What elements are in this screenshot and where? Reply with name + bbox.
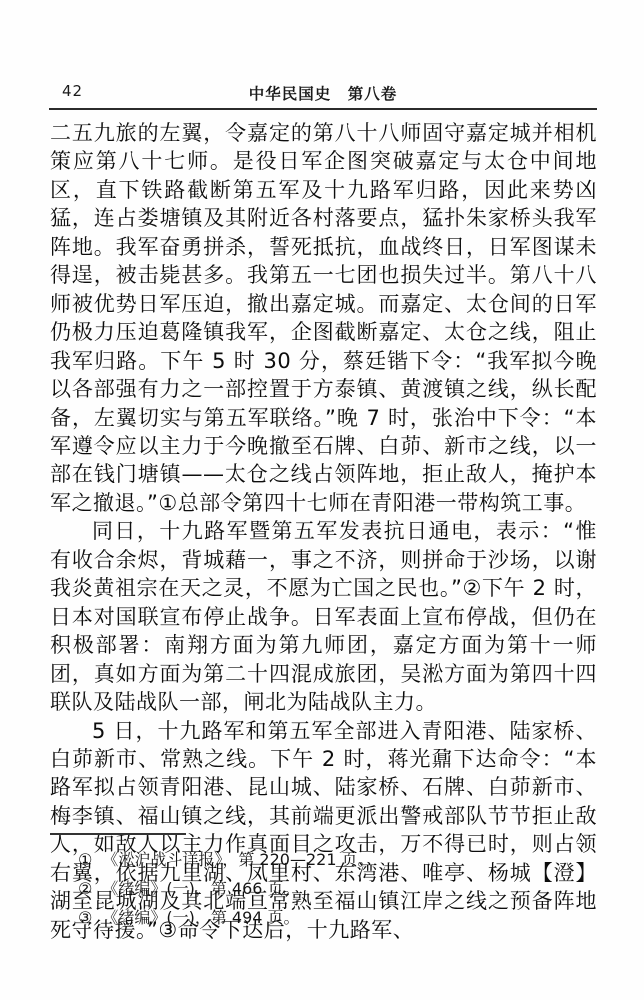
page-header: 42 中华民国史 第八卷 xyxy=(50,82,596,104)
footnote-text: 《绪编》(一)，第 494 页。 xyxy=(102,903,596,932)
footnote-2: ② 《绪编》(一)，第 466 页。 xyxy=(78,874,596,903)
footnote-3: ③ 《绪编》(一)，第 494 页。 xyxy=(78,903,596,932)
paragraph-2: 同日，十九路军暨第五军发表抗日通电，表示：“惟有收合余烬，背城藉一，事之不济，则… xyxy=(50,517,597,716)
book-page: 42 中华民国史 第八卷 二五九旅的左翼，令嘉定的第八十八师固守嘉定城并相机策应… xyxy=(0,0,644,1000)
footnote-1: ① 《淞沪战斗详报》，第 220—221 页。 xyxy=(78,845,596,874)
footnote-text: 《淞沪战斗详报》，第 220—221 页。 xyxy=(102,845,596,874)
footnote-text: 《绪编》(一)，第 466 页。 xyxy=(102,874,596,903)
body-text: 二五九旅的左翼，令嘉定的第八十八师固守嘉定城并相机策应第八十七师。是役日军企图突… xyxy=(50,119,597,944)
footnote-separator xyxy=(50,833,186,835)
footnotes: ① 《淞沪战斗详报》，第 220—221 页。 ② 《绪编》(一)，第 466 … xyxy=(78,845,596,932)
footnote-marker: ② xyxy=(78,874,92,903)
footnote-marker: ③ xyxy=(78,903,92,932)
header-rule xyxy=(49,108,597,110)
footnote-marker: ① xyxy=(78,845,92,874)
header-title: 中华民国史 第八卷 xyxy=(50,82,596,104)
paragraph-1: 二五九旅的左翼，令嘉定的第八十八师固守嘉定城并相机策应第八十七师。是役日军企图突… xyxy=(50,119,597,517)
